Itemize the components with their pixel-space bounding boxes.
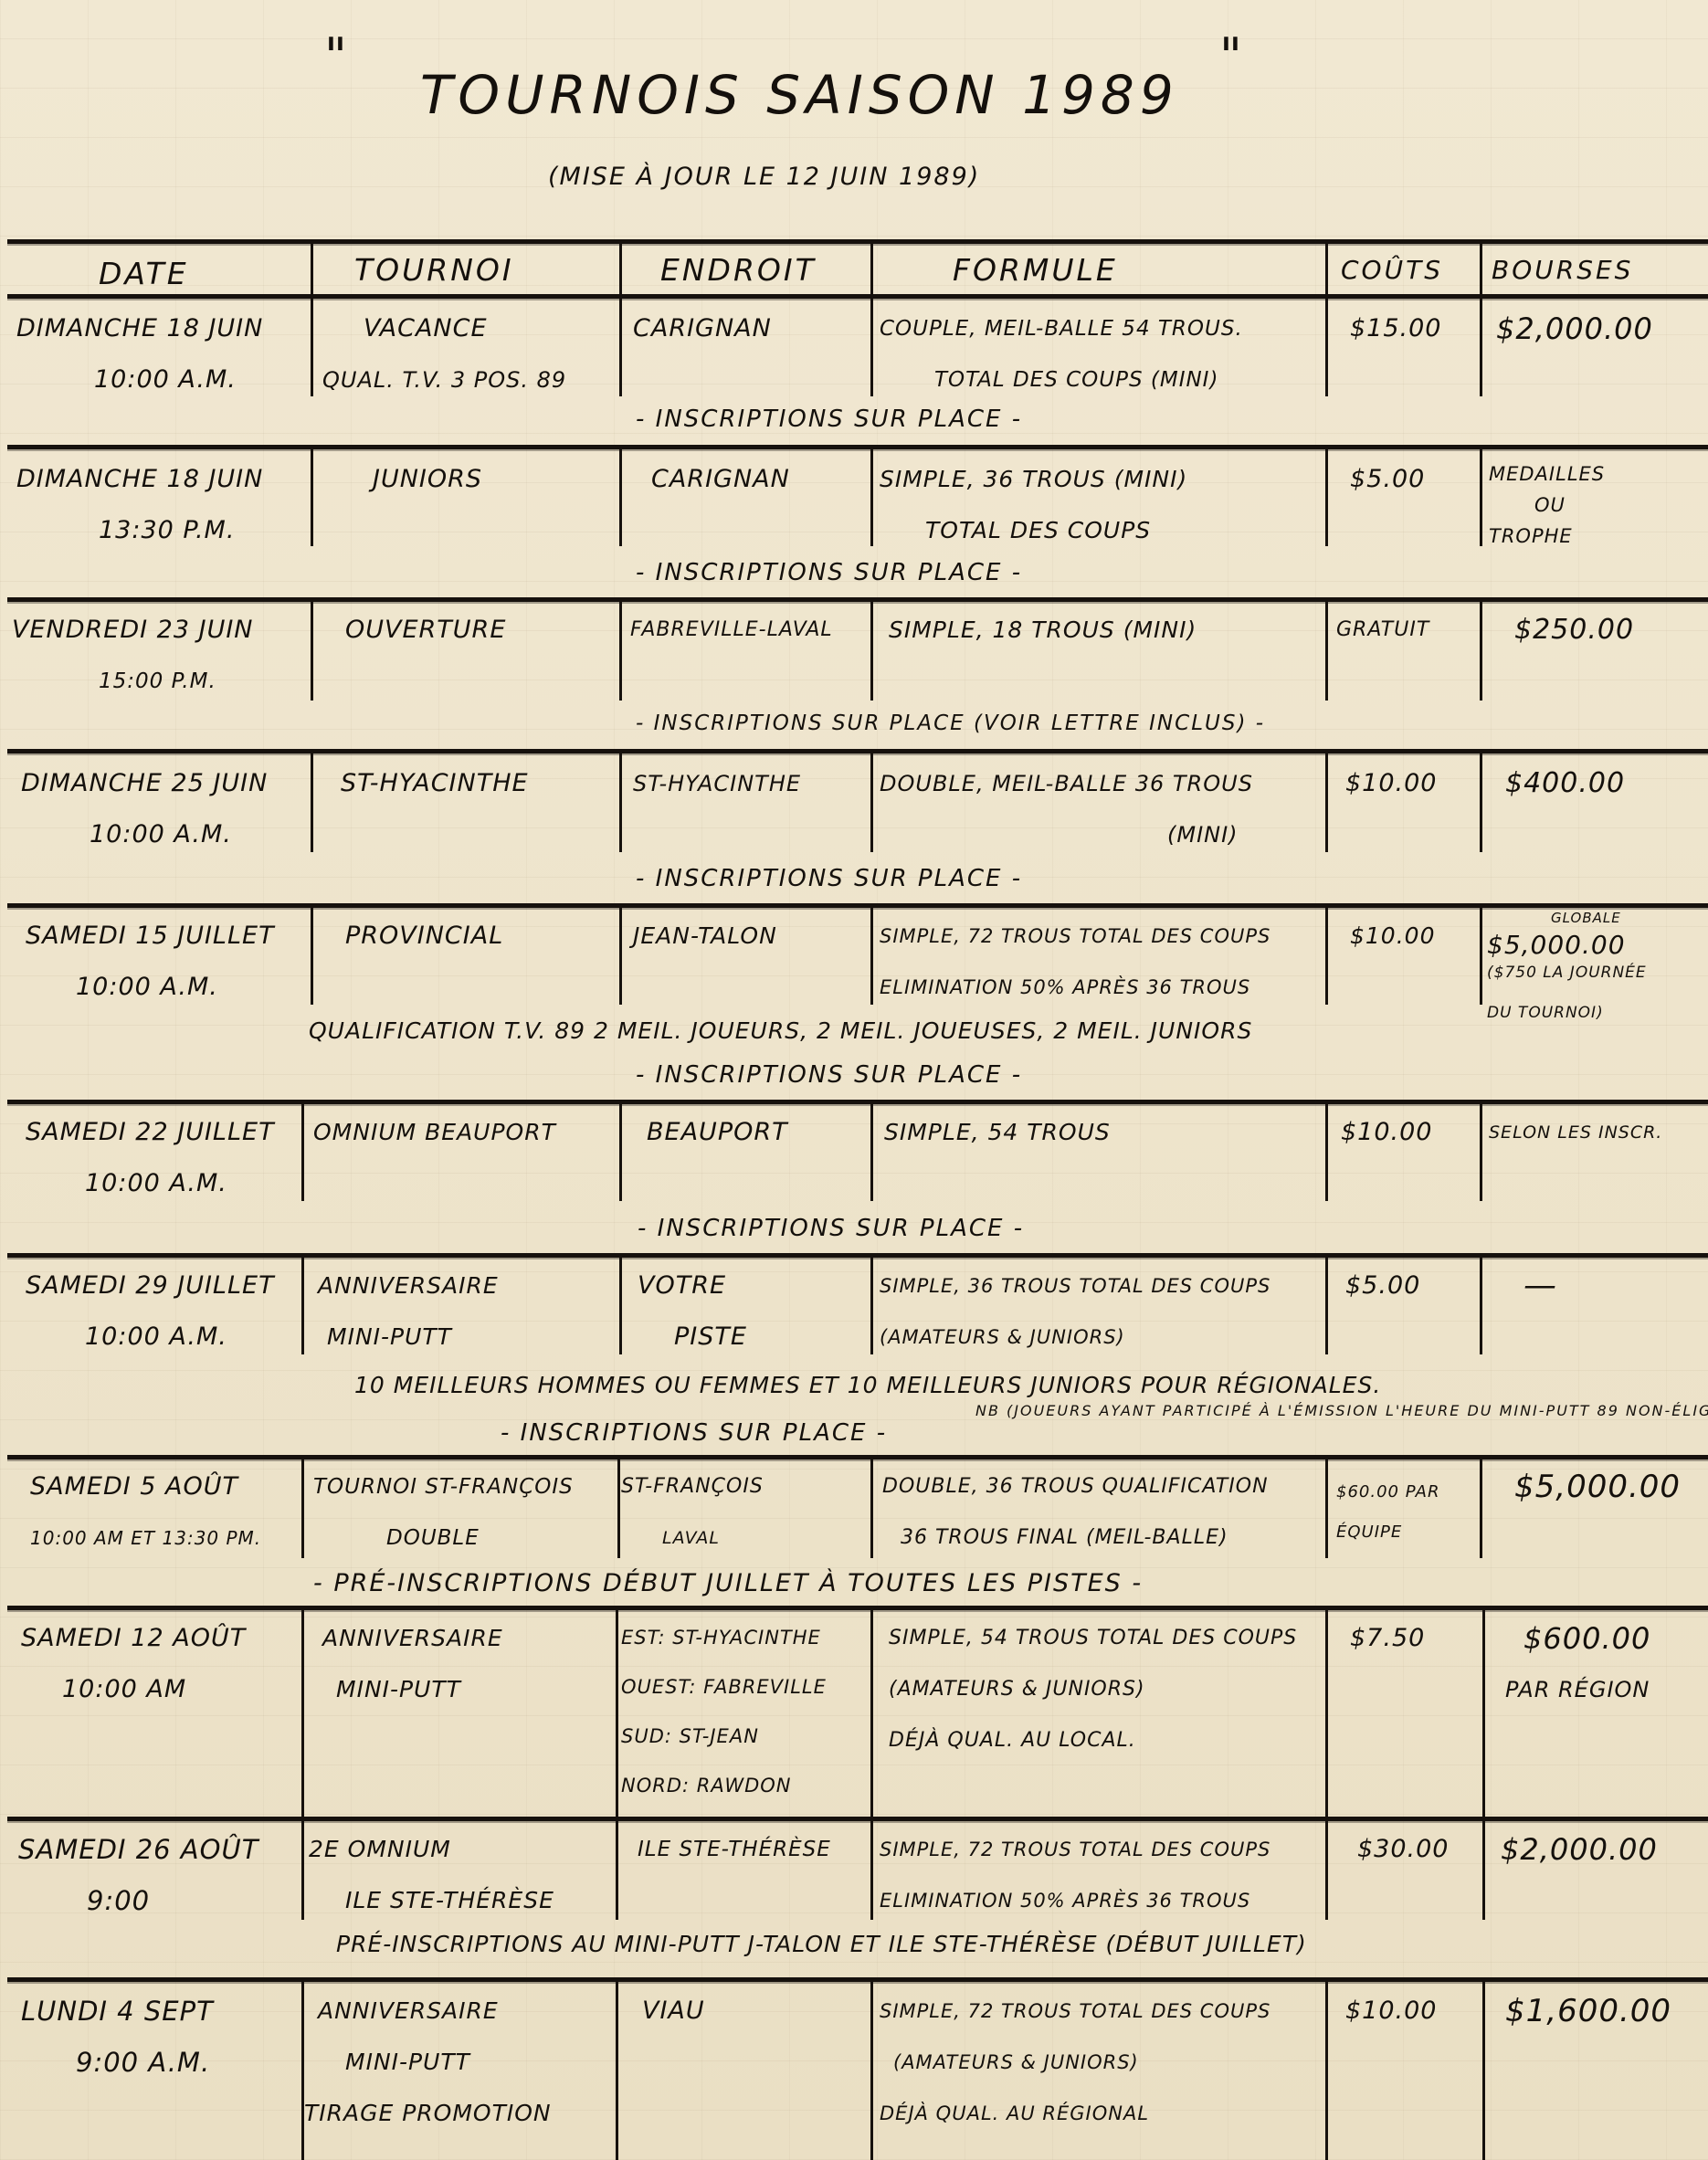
bourses-line: ($750 la journée bbox=[1487, 959, 1647, 986]
col-divider bbox=[311, 600, 313, 701]
endroit-line: Sud: St-Jean bbox=[621, 1712, 827, 1761]
table-row-8-endroit: St-François Laval bbox=[621, 1461, 764, 1564]
table-row-10-tournoi: 2e Omnium Ile Ste-Thérèse bbox=[309, 1824, 554, 1926]
table-row-2-bourses: Medailles ou Trophe bbox=[1489, 458, 1605, 552]
col-divider bbox=[870, 1458, 873, 1558]
col-divider bbox=[1482, 1819, 1485, 1920]
column-header-bourses: Bourses bbox=[1492, 245, 1633, 296]
table-row-8-formule: Double, 36 trous qualification 36 trous … bbox=[882, 1461, 1269, 1564]
table-row-10-couts: $30.00 bbox=[1357, 1824, 1449, 1875]
table-row-4-note: - Inscriptions sur place - bbox=[636, 865, 1022, 892]
col-divider bbox=[619, 752, 622, 852]
endroit-line: Nord: Rawdon bbox=[621, 1761, 827, 1810]
col-divider bbox=[1480, 600, 1482, 701]
table-row-5-date: Samedi 15 juillet 10:00 A.M. bbox=[26, 911, 275, 1013]
date-day: Dimanche 18 juin bbox=[16, 303, 263, 354]
tournoi-name: Vacance bbox=[322, 303, 566, 354]
table-row-6-endroit: Beauport bbox=[647, 1107, 788, 1158]
table-row-1-endroit: Carignan bbox=[633, 303, 772, 354]
table-row-1-note: - Inscriptions sur place - bbox=[636, 406, 1022, 433]
date-time: 10:00 A.M. bbox=[16, 354, 263, 406]
col-divider bbox=[619, 600, 622, 701]
table-row-6-couts: $10.00 bbox=[1341, 1107, 1432, 1158]
table-row-7-nb: NB (Joueurs ayant participé à l'émission… bbox=[975, 1401, 1708, 1421]
rule bbox=[7, 903, 1708, 908]
bourses-line: Globale bbox=[1487, 904, 1647, 932]
col-divider bbox=[619, 1256, 622, 1354]
endroit-line: Piste bbox=[638, 1312, 747, 1363]
tournoi-name: Anniversaire bbox=[318, 1260, 499, 1312]
table-row-9-tournoi: Anniversaire Mini-Putt bbox=[322, 1613, 503, 1715]
tournoi-detail: Mini-Putt bbox=[304, 2037, 552, 2088]
table-row-2-endroit: Carignan bbox=[651, 454, 790, 505]
column-header-formule: Formule bbox=[953, 245, 1118, 296]
rule bbox=[7, 1977, 1708, 1982]
col-divider bbox=[1325, 448, 1328, 546]
column-header-tournoi: Tournoi bbox=[354, 245, 514, 296]
table-row-3-endroit: Fabreville-Laval bbox=[630, 605, 833, 656]
table-row-9-couts: $7.50 bbox=[1350, 1613, 1425, 1664]
formule-line: Simple, 36 trous total des coups bbox=[880, 1260, 1270, 1312]
table-row-6-tournoi: Omnium Beauport bbox=[313, 1107, 556, 1158]
formule-line: Simple, 72 trous total des coups bbox=[880, 1824, 1270, 1875]
bourses-line: par région bbox=[1505, 1664, 1650, 1715]
formule-line: Double, meil-balle 36 trous bbox=[880, 758, 1253, 809]
col-divider bbox=[1325, 1256, 1328, 1354]
rule bbox=[7, 749, 1708, 753]
col-divider bbox=[301, 1256, 304, 1354]
tournoi-detail: Qual. T.V. 3 Pos. 89 bbox=[322, 354, 566, 406]
date-time: 10:00 A.M. bbox=[21, 809, 268, 860]
col-divider bbox=[616, 1608, 618, 1818]
date-day: Samedi 29 juillet bbox=[26, 1260, 275, 1312]
nb-line: L'Heure du Mini-Putt 89 non-éligibles) bbox=[1386, 1402, 1708, 1419]
col-divider bbox=[1325, 1980, 1328, 2160]
col-divider bbox=[1325, 1819, 1328, 1920]
bourses-line: du tournoi) bbox=[1487, 999, 1647, 1027]
formule-line: Déjà qual. au régional bbox=[880, 2088, 1270, 2139]
tournoi-detail: Mini-Putt bbox=[318, 1312, 499, 1363]
table-row-11-bourses: $1,600.00 bbox=[1505, 1986, 1671, 2037]
tournoi-name: 2e Omnium bbox=[309, 1824, 554, 1875]
rule bbox=[7, 239, 1708, 244]
table-row-11-endroit: Viau bbox=[642, 1986, 705, 2037]
col-divider bbox=[301, 1608, 304, 1818]
col-divider bbox=[870, 752, 873, 852]
table-row-11-tournoi: Anniversaire Mini-Putt Tirage Promotion bbox=[304, 1986, 552, 2139]
col-divider bbox=[301, 1819, 304, 1920]
table-row-6-note: - Inscriptions sur place - bbox=[638, 1215, 1024, 1242]
date-time: 10:00 AM bbox=[21, 1664, 246, 1715]
rule bbox=[7, 294, 1708, 299]
tournoi-detail: Ile Ste-Thérèse bbox=[309, 1875, 554, 1926]
rule bbox=[7, 1817, 1708, 1821]
formule-line: (Amateurs & Juniors) bbox=[880, 1312, 1270, 1363]
date-day: Lundi 4 sept bbox=[21, 1986, 214, 2037]
endroit-line: Est: St-Hyacinthe bbox=[621, 1613, 827, 1662]
bourses-line: $600.00 bbox=[1505, 1613, 1650, 1664]
col-divider bbox=[870, 1256, 873, 1354]
rule bbox=[7, 1606, 1708, 1610]
table-row-3-note: - Inscriptions sur place (voir lettre in… bbox=[636, 711, 1265, 735]
date-day: Samedi 12 août bbox=[21, 1613, 246, 1664]
col-divider bbox=[1480, 448, 1482, 546]
endroit-line: Votre bbox=[638, 1260, 747, 1312]
page-title: Tournois Saison 1989 bbox=[420, 64, 1242, 126]
table-row-8-tournoi: Tournoi St-François Double bbox=[313, 1461, 574, 1564]
column-header-date: Date bbox=[99, 248, 189, 300]
table-row-10-bourses: $2,000.00 bbox=[1501, 1824, 1658, 1875]
date-time: 10:00 A.M. bbox=[26, 1158, 275, 1209]
col-divider bbox=[311, 906, 313, 1005]
rule bbox=[7, 1100, 1708, 1104]
nb-line: NB (Joueurs ayant participé à l'émission bbox=[975, 1402, 1379, 1419]
table-row-4-couts: $10.00 bbox=[1345, 758, 1437, 809]
formule-line: (Amateurs & Juniors) bbox=[880, 2037, 1270, 2088]
table-row-3-tournoi: Ouverture bbox=[345, 605, 506, 656]
table-row-5-couts: $10.00 bbox=[1350, 911, 1435, 962]
table-row-11-couts: $10.00 bbox=[1345, 1986, 1437, 2037]
rule bbox=[7, 445, 1708, 449]
date-day: Samedi 15 juillet bbox=[26, 911, 275, 962]
col-divider bbox=[616, 1980, 618, 2160]
table-row-10-formule: Simple, 72 trous total des coups Elimina… bbox=[880, 1824, 1270, 1926]
endroit-line: St-François bbox=[621, 1461, 764, 1512]
table-row-4-date: Dimanche 25 juin 10:00 A.M. bbox=[21, 758, 268, 860]
col-divider bbox=[870, 1102, 873, 1201]
table-row-1-tournoi: Vacance Qual. T.V. 3 Pos. 89 bbox=[322, 303, 566, 406]
col-divider bbox=[1325, 296, 1328, 396]
quote-mark-open: " bbox=[324, 27, 348, 85]
table-row-9-endroit: Est: St-Hyacinthe Ouest: Fabreville Sud:… bbox=[621, 1613, 827, 1810]
table-row-8-note: - Pré-inscriptions début juillet à toute… bbox=[313, 1569, 1143, 1597]
formule-line: Simple, 54 trous total des coups bbox=[889, 1613, 1297, 1664]
col-divider bbox=[870, 1980, 873, 2160]
col-divider bbox=[1482, 1980, 1485, 2160]
col-divider bbox=[619, 448, 622, 546]
col-divider bbox=[1325, 600, 1328, 701]
table-row-1-date: Dimanche 18 juin 10:00 A.M. bbox=[16, 303, 263, 406]
col-divider bbox=[1480, 752, 1482, 852]
formule-line: Simple, 72 trous total des coups bbox=[880, 911, 1270, 962]
table-row-10-endroit: Ile Ste-Thérèse bbox=[638, 1824, 831, 1875]
col-divider bbox=[619, 296, 622, 396]
tournoi-name: Anniversaire bbox=[322, 1613, 503, 1664]
table-row-5-endroit: Jean-Talon bbox=[633, 911, 777, 962]
table-row-4-bourses: $400.00 bbox=[1505, 758, 1625, 809]
table-row-1-bourses: $2,000.00 bbox=[1496, 303, 1653, 354]
table-row-10-date: Samedi 26 août 9:00 bbox=[18, 1824, 258, 1926]
tournoi-name: Anniversaire bbox=[304, 1986, 552, 2037]
col-divider bbox=[617, 1458, 620, 1558]
table-row-6-formule: Simple, 54 trous bbox=[884, 1107, 1111, 1158]
table-row-1-formule: Couple, meil-balle 54 trous. Total des c… bbox=[880, 303, 1243, 406]
date-time: 10:00 A.M. bbox=[26, 1312, 275, 1363]
table-row-5-extra: Qualification T.V. 89 2 meil. joueurs, 2… bbox=[309, 1017, 1252, 1044]
table-row-7-tournoi: Anniversaire Mini-Putt bbox=[318, 1260, 499, 1363]
col-divider bbox=[870, 1819, 873, 1920]
col-divider bbox=[311, 239, 313, 296]
col-divider bbox=[1325, 1458, 1328, 1558]
table-row-7-formule: Simple, 36 trous total des coups (Amateu… bbox=[880, 1260, 1270, 1363]
col-divider bbox=[619, 1102, 622, 1201]
tournoi-detail: Mini-Putt bbox=[322, 1664, 503, 1715]
formule-line: Double, 36 trous qualification bbox=[882, 1461, 1269, 1512]
col-divider bbox=[1325, 239, 1328, 296]
formule-line: Couple, meil-balle 54 trous. bbox=[880, 303, 1243, 354]
endroit-line: Laval bbox=[621, 1512, 764, 1564]
table-row-9-date: Samedi 12 août 10:00 AM bbox=[21, 1613, 246, 1715]
col-divider bbox=[619, 239, 622, 296]
formule-line: 36 trous final (meil-balle) bbox=[882, 1512, 1269, 1564]
date-time: 9:00 bbox=[18, 1875, 258, 1926]
date-time: 9:00 A.M. bbox=[21, 2037, 214, 2088]
column-header-couts: Coûts bbox=[1341, 245, 1443, 296]
table-row-1-couts: $15.00 bbox=[1350, 303, 1441, 354]
date-time: 13:30 P.M. bbox=[16, 505, 263, 556]
table-row-4-endroit: St-Hyacinthe bbox=[633, 758, 801, 809]
col-divider bbox=[1325, 1102, 1328, 1201]
table-row-5-tournoi: Provincial bbox=[345, 911, 503, 962]
col-divider bbox=[1482, 1608, 1485, 1818]
col-divider bbox=[1325, 1608, 1328, 1818]
formule-line: Simple, 72 trous total des coups bbox=[880, 1986, 1270, 2037]
table-row-4-formule: Double, meil-balle 36 trous (mini) bbox=[880, 758, 1253, 860]
col-divider bbox=[619, 906, 622, 1005]
column-header-endroit: Endroit bbox=[660, 245, 817, 296]
rule bbox=[7, 1253, 1708, 1258]
col-divider bbox=[1480, 296, 1482, 396]
rule bbox=[7, 597, 1708, 602]
table-row-2-formule: Simple, 36 trous (mini) Total des coups bbox=[880, 454, 1187, 556]
table-row-3-couts: Gratuit bbox=[1336, 605, 1429, 656]
formule-line: Simple, 36 trous (mini) bbox=[880, 454, 1187, 505]
table-row-8-date: Samedi 5 août 10:00 AM et 13:30 PM. bbox=[30, 1461, 261, 1564]
date-day: Samedi 5 août bbox=[30, 1461, 261, 1512]
col-divider bbox=[1325, 906, 1328, 1005]
col-divider bbox=[616, 1819, 618, 1920]
formule-line: (Amateurs & Juniors) bbox=[889, 1664, 1297, 1715]
date-time: 10:00 A.M. bbox=[26, 962, 275, 1013]
col-divider bbox=[870, 448, 873, 546]
formule-line: Elimination 50% après 36 trous bbox=[880, 962, 1270, 1013]
date-day: Dimanche 25 juin bbox=[21, 758, 268, 809]
col-divider bbox=[301, 1458, 304, 1558]
bourses-line: ou bbox=[1489, 490, 1605, 521]
col-divider bbox=[870, 600, 873, 701]
table-row-7-date: Samedi 29 juillet 10:00 A.M. bbox=[26, 1260, 275, 1363]
col-divider bbox=[311, 296, 313, 396]
date-time: 10:00 AM et 13:30 PM. bbox=[30, 1512, 261, 1564]
bourses-line: Trophe bbox=[1489, 521, 1605, 552]
table-row-10-note: Pré-inscriptions au Mini-Putt J-Talon et… bbox=[336, 1931, 1307, 1957]
tournoi-detail: Double bbox=[313, 1512, 574, 1564]
table-row-2-couts: $5.00 bbox=[1350, 454, 1425, 505]
table-row-7-note: - Inscriptions sur place - bbox=[501, 1419, 887, 1447]
table-row-7-couts: $5.00 bbox=[1345, 1260, 1420, 1312]
table-row-2-note: - Inscriptions sur place - bbox=[636, 559, 1022, 586]
bourses-line: Medailles bbox=[1489, 458, 1605, 490]
table-row-11-formule: Simple, 72 trous total des coups (Amateu… bbox=[880, 1986, 1270, 2139]
bourses-line: $5,000.00 bbox=[1487, 932, 1647, 959]
col-divider bbox=[1325, 752, 1328, 852]
col-divider bbox=[870, 239, 873, 296]
table-row-7-endroit: Votre Piste bbox=[638, 1260, 747, 1363]
col-divider bbox=[1480, 1256, 1482, 1354]
table-row-11-date: Lundi 4 sept 9:00 A.M. bbox=[21, 1986, 214, 2088]
table-row-7-extra: 10 meilleurs hommes ou femmes et 10 meil… bbox=[354, 1372, 1381, 1398]
date-day: Samedi 26 août bbox=[18, 1824, 258, 1875]
date-day: Dimanche 18 juin bbox=[16, 454, 263, 505]
formule-line: (mini) bbox=[880, 809, 1253, 860]
col-divider bbox=[1480, 1102, 1482, 1201]
table-row-2-date: Dimanche 18 juin 13:30 P.M. bbox=[16, 454, 263, 556]
date-day: Vendredi 23 juin bbox=[12, 605, 254, 656]
tournoi-detail: Tirage Promotion bbox=[304, 2088, 552, 2139]
col-divider bbox=[1480, 1458, 1482, 1558]
table-row-5-bourses: Globale $5,000.00 ($750 la journée du to… bbox=[1487, 904, 1647, 1027]
tournoi-name: Tournoi St-François bbox=[313, 1461, 574, 1512]
table-row-9-bourses: $600.00 par région bbox=[1505, 1613, 1650, 1715]
table-row-3-formule: Simple, 18 trous (mini) bbox=[889, 605, 1197, 656]
col-divider bbox=[1480, 239, 1482, 296]
table-row-6-date: Samedi 22 juillet 10:00 A.M. bbox=[26, 1107, 275, 1209]
table-row-4-tournoi: St-Hyacinthe bbox=[341, 758, 529, 809]
table-row-7-bourses: — bbox=[1523, 1260, 1557, 1312]
table-row-9-formule: Simple, 54 trous total des coups (Amateu… bbox=[889, 1613, 1297, 1766]
table-row-5-note: - Inscriptions sur place - bbox=[636, 1061, 1022, 1089]
col-divider bbox=[870, 906, 873, 1005]
date-time: 15:00 P.M. bbox=[12, 656, 254, 707]
formule-line: Elimination 50% après 36 trous bbox=[880, 1875, 1270, 1926]
table-row-3-date: Vendredi 23 juin 15:00 P.M. bbox=[12, 605, 254, 707]
formule-line: Total des coups (mini) bbox=[880, 354, 1243, 406]
col-divider bbox=[870, 1608, 873, 1818]
col-divider bbox=[301, 1102, 304, 1201]
col-divider bbox=[311, 448, 313, 546]
endroit-line: Ouest: Fabreville bbox=[621, 1662, 827, 1712]
formule-line: Déjà qual. au local. bbox=[889, 1715, 1297, 1766]
table-row-6-bourses: Selon les inscr. bbox=[1489, 1107, 1662, 1158]
col-divider bbox=[870, 296, 873, 396]
col-divider bbox=[1480, 906, 1482, 1005]
date-day: Samedi 22 juillet bbox=[26, 1107, 275, 1158]
formule-line: Total des coups bbox=[880, 505, 1187, 556]
col-divider bbox=[311, 752, 313, 852]
table-row-8-bourses: $5,000.00 bbox=[1514, 1461, 1681, 1512]
table-row-5-formule: Simple, 72 trous total des coups Elimina… bbox=[880, 911, 1270, 1013]
table-row-8-couts: $60.00 par équipe bbox=[1336, 1472, 1473, 1553]
rule bbox=[7, 1455, 1708, 1459]
page-subtitle: (Mise à jour le 12 juin 1989) bbox=[548, 163, 980, 191]
table-row-2-tournoi: Juniors bbox=[373, 454, 482, 505]
table-row-3-bourses: $250.00 bbox=[1514, 605, 1634, 656]
